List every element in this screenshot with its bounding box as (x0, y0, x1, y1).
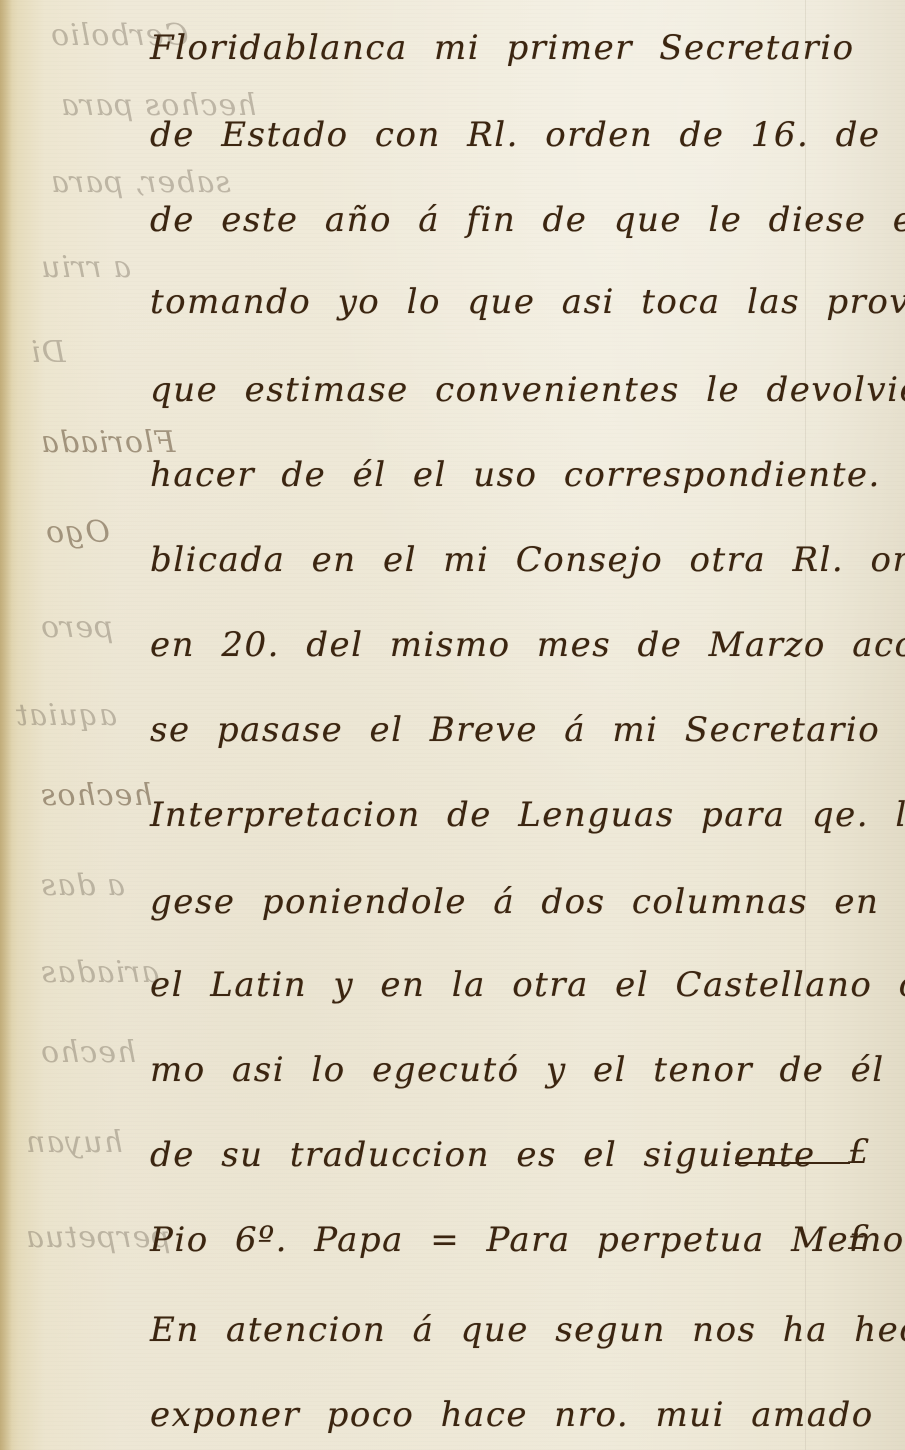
manuscript-line-7: blicada en el mi Consejo otra Rl. orden (150, 540, 870, 580)
bleed-through-text: a das (40, 868, 125, 903)
manuscript-line-12: el Latin y en la otra el Castellano co- (150, 965, 870, 1005)
bleed-through-text: a rriu (40, 250, 131, 285)
line-filler-rule (735, 1162, 850, 1164)
manuscript-line-5: que estimase convenientes le devolviese … (150, 370, 870, 410)
manuscript-line-9: se pasase el Breve á mi Secretario de la (150, 710, 870, 750)
manuscript-line-17: exponer poco hace nro. mui amado (150, 1395, 870, 1435)
bleed-through-text: hechos (40, 778, 153, 813)
manuscript-line-11: gese poniendole á dos columnas en la una (150, 882, 870, 922)
manuscript-line-2: de Estado con Rl. orden de 16. de Marzo (150, 115, 870, 155)
manuscript-line-6: hacer de él el uso correspondiente. Pu (150, 455, 870, 495)
line-end-flourish: £ (848, 1132, 870, 1172)
manuscript-page: Gerbolio hechos para saber, para a rriu … (0, 0, 905, 1450)
manuscript-line-10: Interpretacion de Lenguas para qe. le tr… (150, 795, 870, 835)
manuscript-line-8: en 20. del mismo mes de Marzo acordó (150, 625, 870, 665)
bleed-through-text: pero (40, 610, 113, 645)
manuscript-line-14: de su traduccion es el siguiente (150, 1135, 870, 1175)
manuscript-line-3: de este año á fin de que le diese el pas… (150, 200, 870, 240)
manuscript-line-13: mo asi lo egecutó y el tenor de él y el (150, 1050, 870, 1090)
manuscript-line-16: En atencion á que segun nos ha hecho (150, 1310, 870, 1350)
bleed-through-text: ariadas (40, 955, 159, 990)
bleed-through-text: perpetua (25, 1220, 171, 1255)
bleed-through-text: huyan (25, 1125, 123, 1160)
bleed-through-text: aquiat (15, 698, 117, 733)
bleed-through-text: hecho (40, 1035, 136, 1070)
line-end-flourish: £ (848, 1218, 870, 1258)
page-edge-stain (0, 0, 12, 1450)
manuscript-line-1: Floridablanca mi primer Secretario (150, 28, 870, 68)
bleed-through-text: Di (30, 335, 66, 370)
bleed-through-text: Ogo (45, 515, 110, 550)
manuscript-line-4: tomando yo lo que asi toca las providenc… (150, 282, 870, 322)
manuscript-line-15: Pio 6º. Papa = Para perpetua Memoria (150, 1220, 870, 1260)
bleed-through-text: saber, para (50, 165, 231, 200)
